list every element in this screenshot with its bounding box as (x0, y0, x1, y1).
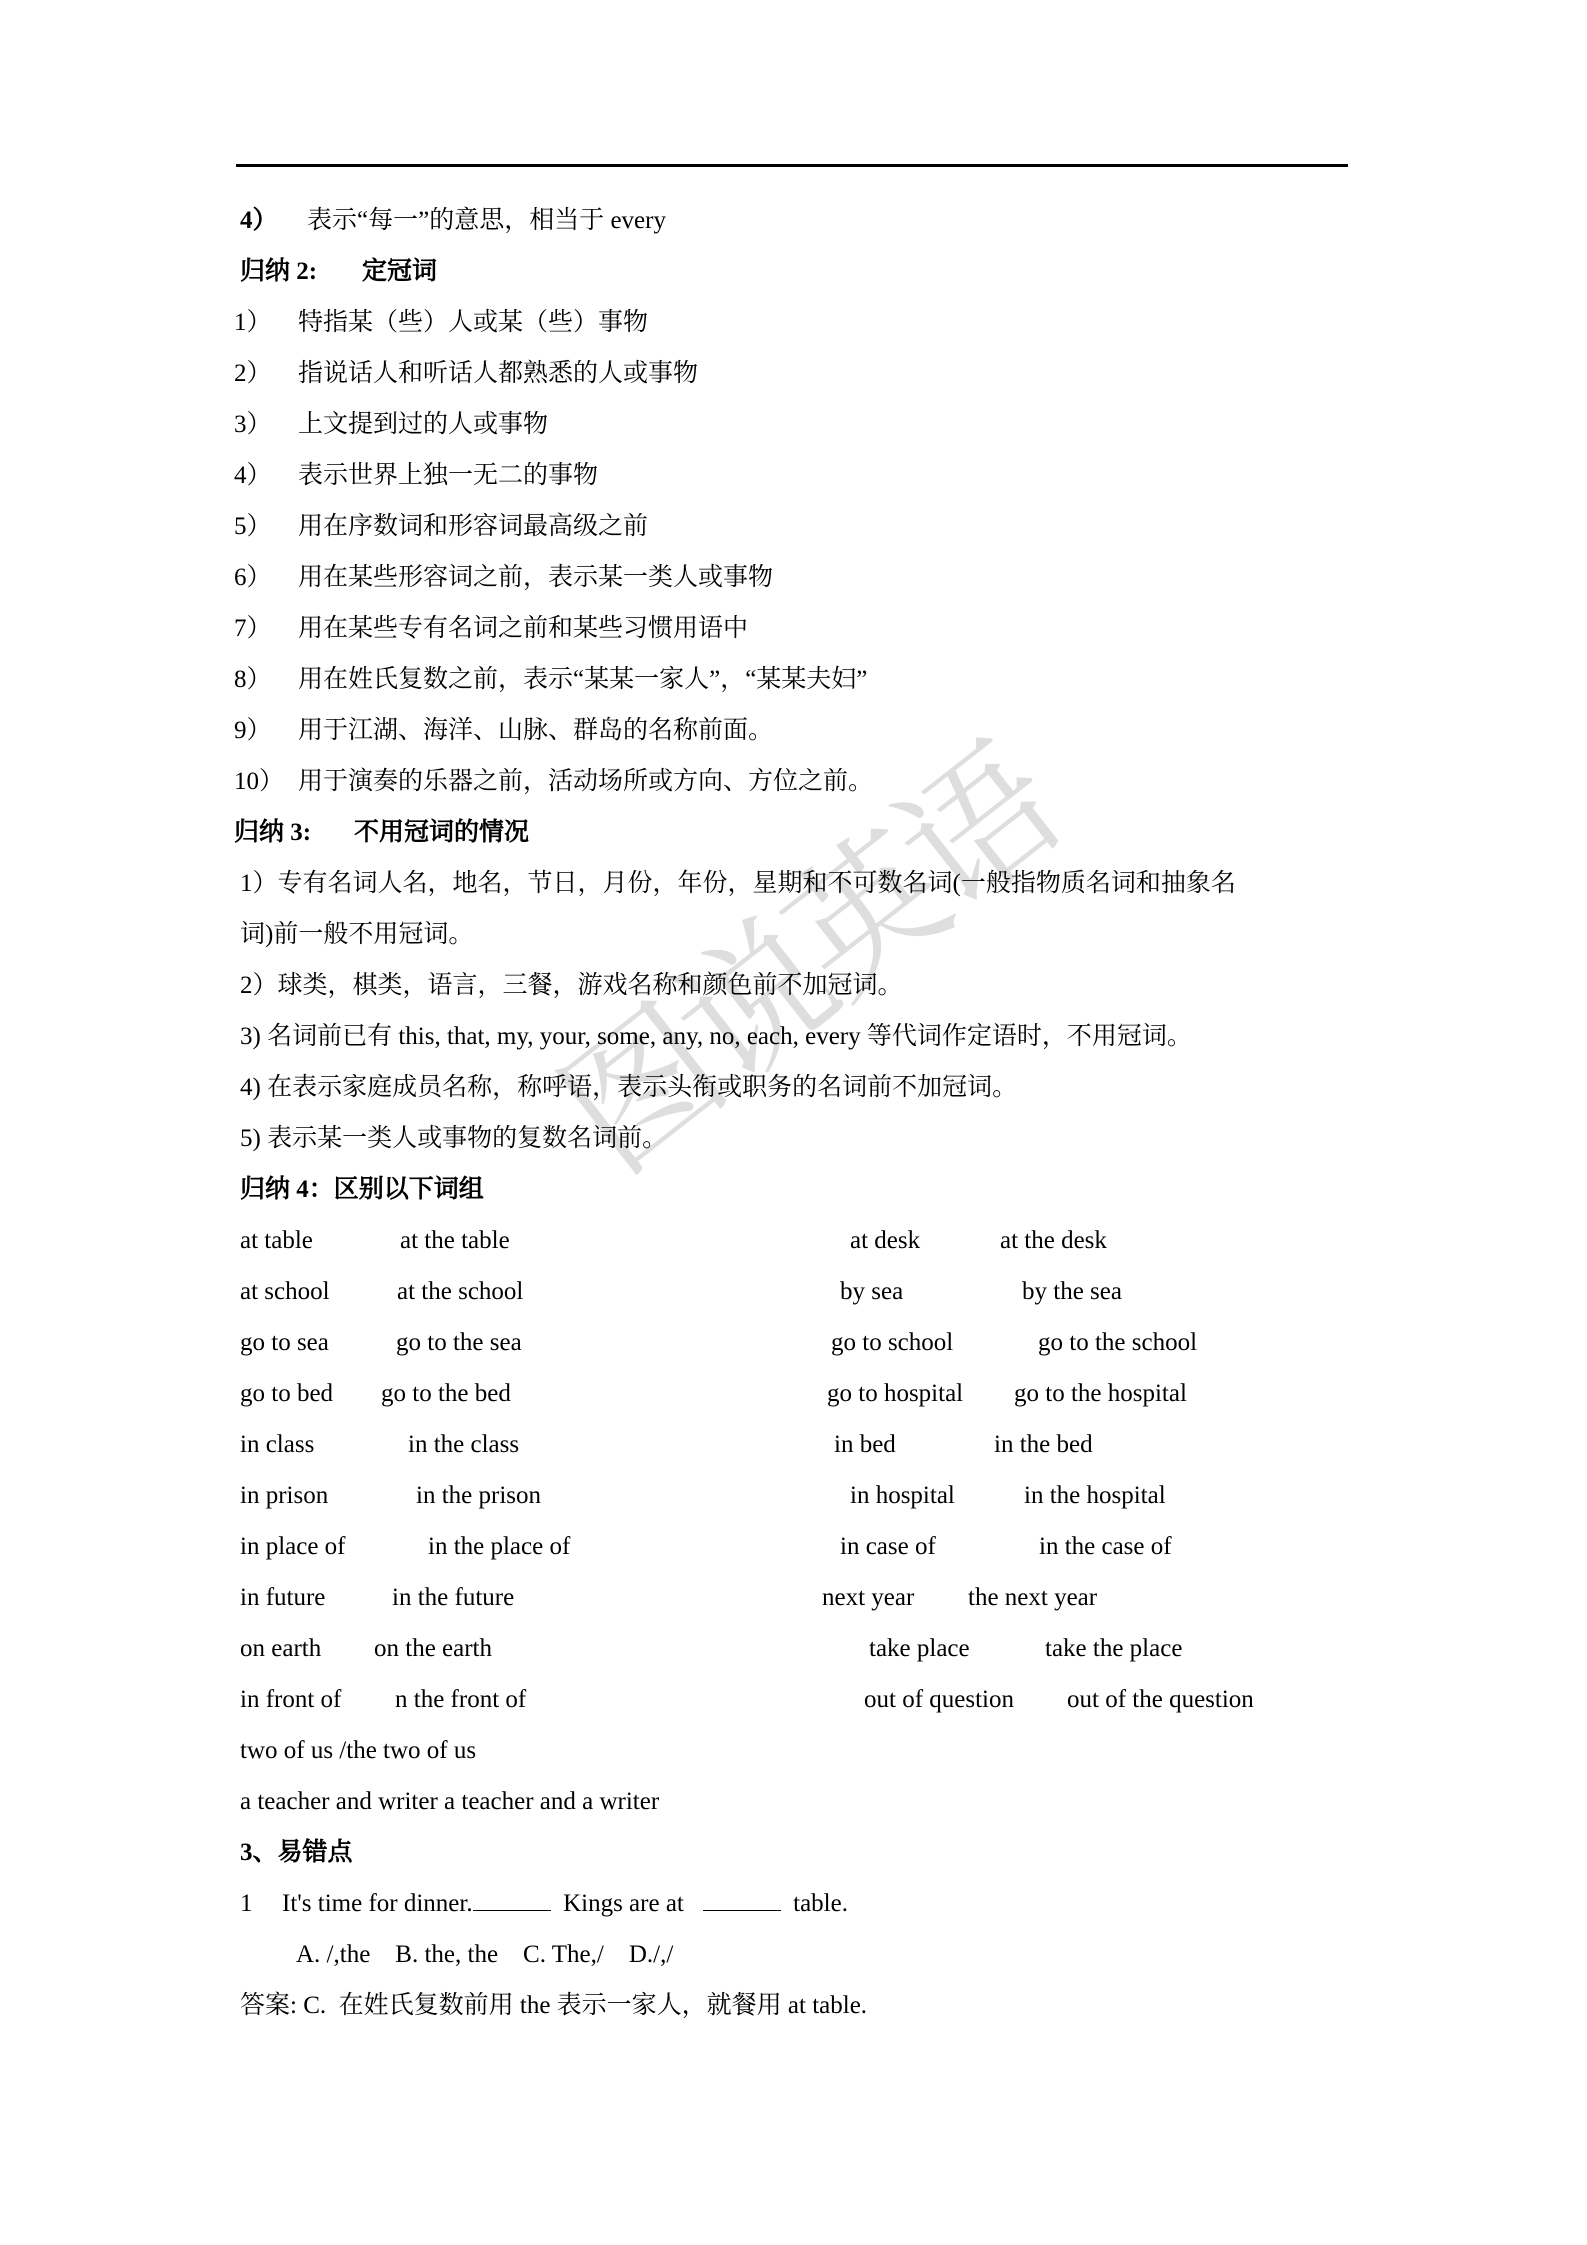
phrase: the next year (968, 1582, 1097, 1614)
item-number: 6） (234, 562, 298, 594)
phrase: at the desk (1000, 1225, 1107, 1257)
item-text: 表示“每一”的意思，相当于 every (307, 207, 666, 234)
list-item: 10）用于演奏的乐器之前，活动场所或方向、方位之前。 (234, 766, 873, 798)
item-number: 7） (234, 613, 298, 645)
phrase-line: two of us /the two of us (240, 1735, 476, 1767)
list-item: 2）球类，棋类，语言，三餐，游戏名称和颜色前不加冠词。 (240, 970, 903, 1002)
phrase: at the table (400, 1225, 510, 1257)
question-options: A. /,the B. the, the C. The,/ D./,/ (296, 1939, 673, 1971)
phrase: in the case of (1039, 1531, 1172, 1563)
item-text: 表示世界上独一无二的事物 (298, 462, 598, 489)
phrase: on earth (240, 1633, 321, 1665)
item-number: 4） (234, 460, 298, 492)
item-number: 8） (234, 664, 298, 696)
list-item-continuation: 词)前一般不用冠词。 (240, 919, 473, 951)
phrase: out of question (864, 1684, 1014, 1716)
heading-label: 归纳 3: (234, 817, 354, 849)
list-item: 4) 在表示家庭成员名称，称呼语，表示头衔或职务的名词前不加冠词。 (240, 1072, 1017, 1104)
list-item: 4）表示世界上独一无二的事物 (234, 460, 598, 492)
phrase: in future (240, 1582, 325, 1614)
phrase: on the earth (374, 1633, 492, 1665)
header-rule (236, 164, 1348, 167)
continuation-item: 4）表示“每一”的意思，相当于 every (240, 205, 666, 237)
phrase: in case of (840, 1531, 936, 1563)
item-text: 特指某（些）人或某（些）事物 (298, 309, 648, 336)
phrase: go to the hospital (1014, 1378, 1187, 1410)
question-text-part2: Kings are at (563, 1890, 684, 1917)
item-text: 用在姓氏复数之前，表示“某某一家人”，“某某夫妇” (298, 666, 867, 693)
item-number: 10） (234, 766, 298, 798)
item-text: 用在某些专有名词之前和某些习惯用语中 (298, 615, 748, 642)
list-item: 7）用在某些专有名词之前和某些习惯用语中 (234, 613, 748, 645)
phrase: in prison (240, 1480, 328, 1512)
phrase: in the class (408, 1429, 519, 1461)
item-text: 用在某些形容词之前，表示某一类人或事物 (298, 564, 773, 591)
item-text: 指说话人和听话人都熟悉的人或事物 (298, 360, 698, 387)
item-number: 9） (234, 715, 298, 747)
phrase: in class (240, 1429, 314, 1461)
phrase: in the prison (416, 1480, 541, 1512)
item-number: 2） (234, 358, 298, 390)
phrase: in hospital (850, 1480, 955, 1512)
phrase: go to the bed (381, 1378, 511, 1410)
section-heading-phrase-pairs: 归纳 4：区别以下词组 (240, 1174, 484, 1206)
list-item: 5）用在序数词和形容词最高级之前 (234, 511, 648, 543)
section-heading-error-points: 3、易错点 (240, 1837, 353, 1869)
phrase: go to the school (1038, 1327, 1197, 1359)
list-item: 8）用在姓氏复数之前，表示“某某一家人”，“某某夫妇” (234, 664, 867, 696)
heading-title: 定冠词 (362, 258, 437, 285)
phrase-line: a teacher and writer a teacher and a wri… (240, 1786, 659, 1818)
phrase: in front of (240, 1684, 341, 1716)
answer-explanation: 答案: C. 在姓氏复数前用 the 表示一家人，就餐用 at table. (240, 1990, 867, 2022)
phrase: in the future (392, 1582, 514, 1614)
phrase: go to hospital (827, 1378, 963, 1410)
item-text: 用于江湖、海洋、山脉、群岛的名称前面。 (298, 717, 773, 744)
item-number: 5） (234, 511, 298, 543)
phrase: out of the question (1067, 1684, 1254, 1716)
item-number: 4） (240, 205, 307, 237)
phrase: in place of (240, 1531, 346, 1563)
phrase: go to sea (240, 1327, 329, 1359)
phrase: go to the sea (396, 1327, 522, 1359)
item-text: 上文提到过的人或事物 (298, 411, 548, 438)
list-item: 3）上文提到过的人或事物 (234, 409, 548, 441)
heading-label: 归纳 2: (240, 256, 362, 288)
item-text: 用于演奏的乐器之前，活动场所或方向、方位之前。 (298, 768, 873, 795)
phrase: by sea (840, 1276, 903, 1308)
phrase: in the place of (428, 1531, 570, 1563)
item-text: 用在序数词和形容词最高级之前 (298, 513, 648, 540)
list-item: 5) 表示某一类人或事物的复数名词前。 (240, 1123, 667, 1155)
item-number: 3） (234, 409, 298, 441)
question-text-part1: It's time for dinner. (282, 1890, 473, 1917)
phrase: in the bed (994, 1429, 1093, 1461)
phrase: by the sea (1022, 1276, 1122, 1308)
list-item: 1）专有名词人名，地名，节日，月份，年份，星期和不可数名词(一般指物质名词和抽象… (240, 868, 1236, 900)
phrase: at school (240, 1276, 330, 1308)
list-item: 9）用于江湖、海洋、山脉、群岛的名称前面。 (234, 715, 773, 747)
phrase: at desk (850, 1225, 920, 1257)
phrase: in the hospital (1024, 1480, 1166, 1512)
phrase: next year (822, 1582, 914, 1614)
phrase: n the front of (395, 1684, 526, 1716)
question-number: 1 (240, 1888, 282, 1920)
list-item: 2）指说话人和听话人都熟悉的人或事物 (234, 358, 698, 390)
section-heading-no-article: 归纳 3:不用冠词的情况 (234, 817, 529, 849)
phrase: at table (240, 1225, 313, 1257)
answer-blank-2 (703, 1888, 781, 1911)
list-item: 3) 名词前已有 this, that, my, your, some, any… (240, 1021, 1192, 1053)
phrase: at the school (397, 1276, 523, 1308)
list-item: 6）用在某些形容词之前，表示某一类人或事物 (234, 562, 773, 594)
heading-title: 不用冠词的情况 (354, 819, 529, 846)
item-number: 1） (234, 307, 298, 339)
phrase: take place (869, 1633, 970, 1665)
question: 1It's time for dinner. Kings are at tabl… (240, 1888, 848, 1920)
phrase: go to school (831, 1327, 953, 1359)
question-text-part3: table. (793, 1890, 848, 1917)
answer-blank-1 (473, 1888, 551, 1911)
phrase: go to bed (240, 1378, 333, 1410)
section-heading-definite-article: 归纳 2:定冠词 (240, 256, 437, 288)
phrase: take the place (1045, 1633, 1182, 1665)
list-item: 1）特指某（些）人或某（些）事物 (234, 307, 648, 339)
phrase: in bed (834, 1429, 896, 1461)
